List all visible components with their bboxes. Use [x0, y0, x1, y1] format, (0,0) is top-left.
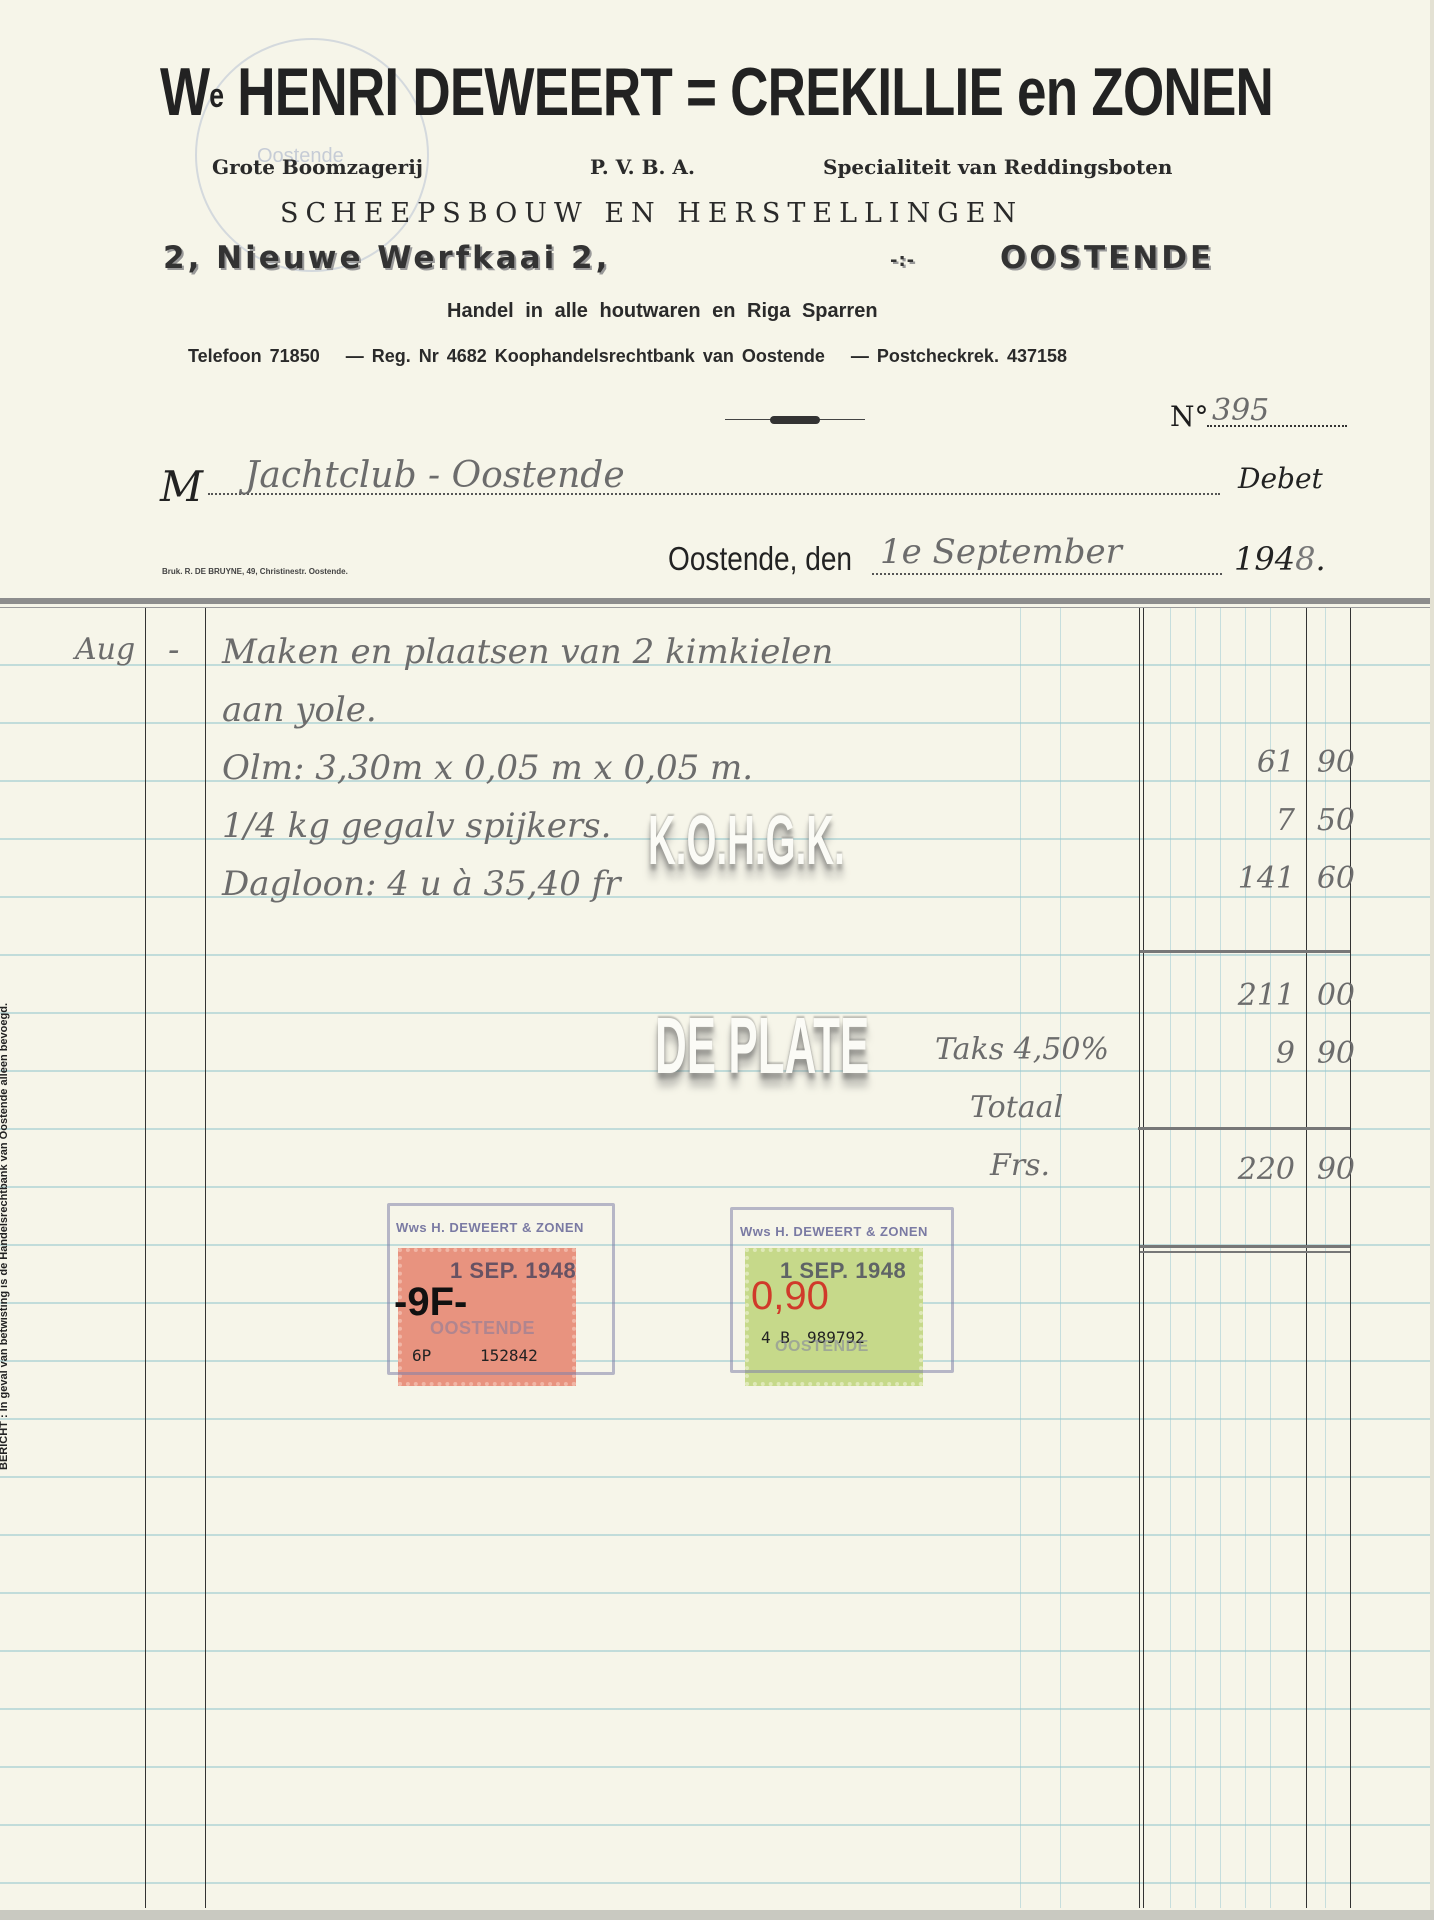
recipient-value: Jachtclub - Oostende — [245, 455, 625, 496]
item-francs: 141 — [1150, 861, 1295, 896]
year-handwritten: 8 — [1295, 540, 1315, 578]
item-cents: 50 — [1310, 803, 1355, 838]
item-description: Olm: 3,30m x 0,05 m x 0,05 m. — [222, 748, 753, 788]
year-suffix: . — [1315, 540, 1325, 578]
trade-description: Handel in alle houtwaren en Riga Sparren — [447, 300, 878, 323]
item-cents: 90 — [1310, 745, 1355, 780]
total-label: Totaal — [970, 1090, 1063, 1125]
tagline-specialty: Specialiteit van Reddingsboten — [823, 155, 1172, 179]
item-description: 1/4 kg gegalv spijkers. — [222, 806, 611, 846]
francs-column-line-a — [1139, 608, 1140, 1908]
date-column-line — [145, 608, 146, 1908]
title-superscript: e — [209, 77, 223, 115]
tagline-sawmill: Grote Boomzagerij — [212, 155, 423, 179]
ornament-divider — [725, 416, 865, 424]
cancel-stamp-company: Wws H. DEWEERT & ZONEN — [396, 1220, 584, 1235]
date-line — [872, 573, 1222, 575]
place-date-label: Oostende, den — [668, 540, 852, 578]
faint-column-guide — [1020, 608, 1021, 1908]
cancel-stamp-date: 1 SEP. 1948 — [450, 1258, 576, 1284]
double-rule-top — [1140, 1245, 1350, 1248]
title-prefix: W — [160, 54, 209, 130]
tax-label: Taks 4,50% — [935, 1032, 1109, 1067]
header-separator-band — [0, 598, 1430, 604]
item-description: Maken en plaatsen van 2 kimkielen — [222, 632, 833, 672]
street-address: 2, Nieuwe Werfkaai 2, — [163, 240, 610, 276]
business-subtitle: SCHEEPSBOUW EN HERSTELLINGEN — [280, 198, 1023, 229]
item-description: aan yole. — [222, 690, 377, 730]
faint-column-guide — [1060, 608, 1061, 1908]
currency-label: Frs. — [990, 1148, 1050, 1183]
company-name-heading: We HENRI DEWEERT = CREKILLIE en ZONEN — [160, 52, 1092, 132]
subtotal-francs: 211 — [1150, 978, 1295, 1013]
double-rule-bottom — [1140, 1251, 1350, 1253]
cancel-stamp-company: Wws H. DEWEERT & ZONEN — [740, 1224, 928, 1239]
invoice-number-label: N° — [1170, 400, 1209, 433]
subtotal-rule — [1140, 950, 1350, 953]
dash-cell: - — [168, 630, 180, 670]
item-francs: 61 — [1150, 745, 1295, 780]
month-cell: Aug — [75, 632, 135, 667]
title-main: HENRI DEWEERT = CREKILLIE en ZONEN — [237, 54, 1273, 130]
registration-number: — Reg. Nr 4682 Koophandelsrechtbank van … — [346, 346, 825, 366]
subtotal-cents: 00 — [1310, 978, 1355, 1013]
printer-credit: Bruk. R. DE BRUYNE, 49, Christinestr. Oo… — [162, 567, 348, 576]
item-description: Dagloon: 4 u à 35,40 fr — [222, 864, 620, 904]
cancel-stamp-city: OOSTENDE — [775, 1338, 869, 1356]
legal-side-note: BERICHT : In geval van betwisting is de … — [0, 1003, 10, 1470]
cents-column-line — [1306, 608, 1307, 1908]
page-bottom-edge — [0, 1910, 1434, 1920]
city-name: OOSTENDE — [1000, 240, 1214, 276]
tagline-company-form: P. V. B. A. — [590, 155, 695, 179]
cancel-stamp-date: 1 SEP. 1948 — [780, 1258, 906, 1284]
description-column-line — [205, 608, 206, 1908]
watermark-de-plate: DE PLATE — [655, 1000, 869, 1092]
invoice-number-value: 395 — [1212, 393, 1269, 428]
debet-label: Debet — [1238, 462, 1323, 495]
contact-line: Telefoon 71850 — Reg. Nr 4682 Koophandel… — [188, 346, 1085, 367]
date-value: 1e September — [880, 532, 1122, 572]
item-cents: 60 — [1310, 861, 1355, 896]
postcheck-account: — Postcheckrek. 437158 — [851, 346, 1067, 366]
address-separator: -:- — [890, 250, 915, 271]
page-right-edge — [1430, 0, 1434, 1920]
invoice-year: 1948. — [1234, 540, 1326, 578]
invoice-page: Oostende We HENRI DEWEERT = CREKILLIE en… — [0, 0, 1430, 1912]
item-francs: 7 — [1150, 803, 1295, 838]
watermark-kohgk: K.O.H.G.K. — [648, 800, 845, 880]
tax-cents: 90 — [1310, 1036, 1355, 1071]
year-printed: 194 — [1234, 540, 1295, 578]
cancel-stamp-city: OOSTENDE — [430, 1318, 535, 1339]
phone-number: Telefoon 71850 — [188, 346, 320, 366]
total-cents: 90 — [1310, 1152, 1355, 1187]
total-rule — [1138, 1127, 1350, 1130]
tax-francs: 9 — [1150, 1036, 1295, 1071]
francs-column-line-b — [1143, 608, 1144, 1908]
recipient-label: M — [160, 462, 203, 511]
total-francs: 220 — [1150, 1152, 1295, 1187]
